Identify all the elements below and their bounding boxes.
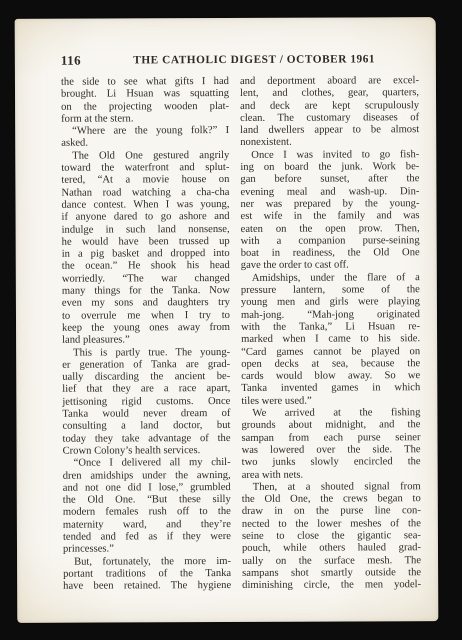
text-line: But, fortunately, the more im- <box>63 556 231 569</box>
text-line: “Card games cannot be played on <box>241 346 420 359</box>
text-line: lent, and clothes, gear, quarters, <box>240 87 419 100</box>
text-line: mah-jong. “Mah-jong originated <box>241 309 420 322</box>
text-line: and deportment aboard are excel- <box>240 75 419 88</box>
text-line: pouch, while others hauled grad- <box>242 542 421 555</box>
text-line: keep the young ones away from <box>62 322 230 335</box>
text-line: indulge in such land nonsense, <box>62 224 230 237</box>
text-line: tiles were used.” <box>241 395 420 408</box>
text-line: Crown Colony’s health services. <box>63 445 231 458</box>
text-line: We arrived at the fishing <box>241 407 420 420</box>
text-line: nonexistent. <box>240 137 419 150</box>
text-line: two junks slowly encircled the <box>242 456 421 469</box>
text-column-left: the side to see what gifts I hadbrought.… <box>61 76 231 593</box>
text-line: gan before sunset, after the <box>240 174 419 187</box>
text-line: to overrule me when I try to <box>62 310 230 323</box>
text-line: marked when I came to his side. <box>241 333 420 346</box>
page-number: 116 <box>61 53 81 69</box>
text-line: Once I was invited to go fish- <box>240 149 419 162</box>
text-line: lief that they are a race apart, <box>62 383 230 396</box>
text-line: tended and fed as if they were <box>63 531 231 544</box>
text-line: Then, at a shouted signal from <box>242 481 421 494</box>
text-line: asked. <box>61 137 229 150</box>
text-line: seine to close the gigantic sea- <box>242 530 421 543</box>
text-line: if anyone dared to go ashore and <box>62 211 230 224</box>
text-line: clean. The customary diseases of <box>240 112 419 125</box>
text-line: Tanka would never dream of <box>62 408 230 421</box>
text-line: boat in readiness, the Old One <box>241 247 420 260</box>
text-line: and deck are kept scrupulously <box>240 100 419 113</box>
text-line: land dwellers appear to be almost <box>240 124 419 137</box>
text-line: ner was prepared by the young- <box>240 198 419 211</box>
text-line: est wife in the family and was <box>241 210 420 223</box>
text-line: dance contest. When I was young, <box>61 199 229 212</box>
text-line: young men and girls were playing <box>241 296 420 309</box>
text-line: form at the stern. <box>61 113 229 126</box>
text-line: princesses.” <box>63 543 231 556</box>
text-line: evening meal and wash-up. Din- <box>240 186 419 199</box>
text-line: gave the order to cast off. <box>241 260 420 273</box>
text-line: The Old One gestured angrily <box>61 150 229 163</box>
text-line: sampans shot smartly outside the <box>242 567 421 580</box>
text-line: many things for the Tanka. Now <box>62 285 230 298</box>
text-line: have been retained. The hygiene <box>63 580 231 593</box>
text-line: in a pig basket and dropped into <box>62 248 230 261</box>
magazine-page: 116 THE CATHOLIC DIGEST / OCTOBER 1961 t… <box>15 17 439 623</box>
text-line: ually discarding the ancient be- <box>62 371 230 384</box>
text-line: modern females rush off to the <box>63 506 231 519</box>
text-line: he would have been trussed up <box>62 236 230 249</box>
text-line: ually on the surface mesh. The <box>242 555 421 568</box>
text-line: brought. Li Hsuan was squatting <box>61 88 229 101</box>
text-line: “Where are the young folk?” I <box>61 125 229 138</box>
text-line: eaten on the open prow. Then, <box>241 223 420 236</box>
text-column-right: and deportment aboard are excel-lent, an… <box>240 75 421 592</box>
text-line: the ocean.” He shook his head <box>62 260 230 273</box>
text-line: land pleasures.” <box>62 334 230 347</box>
text-line: area with nets. <box>242 469 421 482</box>
text-line: the Old One, the crews began to <box>242 493 421 506</box>
text-line: ing on board the junk. Work be- <box>240 161 419 174</box>
text-line: diminishing circle, the men yodel- <box>242 579 421 592</box>
text-line: open decks at sea, because the <box>241 358 420 371</box>
text-line: sampan from each purse seiner <box>241 432 420 445</box>
text-line: worriedly. “The war changed <box>62 273 230 286</box>
text-line: “Once I delivered all my chil- <box>63 457 231 470</box>
text-line: today they take advantage of the <box>62 433 230 446</box>
text-line: and not one did I lose,” grumbled <box>63 482 231 495</box>
text-line: maternity ward, and they’re <box>63 519 231 532</box>
text-line: jettisoning rigid customs. Once <box>62 396 230 409</box>
text-line: er generation of Tanka are grad- <box>62 359 230 372</box>
text-line: consulting a land doctor, but <box>62 420 230 433</box>
text-line: Amidships, under the flare of a <box>241 272 420 285</box>
text-line: cards would blow away. So we <box>241 370 420 383</box>
page-header: 116 THE CATHOLIC DIGEST / OCTOBER 1961 <box>61 51 419 70</box>
text-line: with a companion purse-seining <box>241 235 420 248</box>
text-line: pressure lantern, some of the <box>241 284 420 297</box>
text-line: Tanka invented games in which <box>241 383 420 396</box>
text-line: portant traditions of the Tanka <box>63 568 231 581</box>
scan-background: 116 THE CATHOLIC DIGEST / OCTOBER 1961 t… <box>0 0 462 640</box>
text-line: dren amidships under the awning, <box>63 469 231 482</box>
text-line: Nathan road watching a cha-cha <box>61 187 229 200</box>
text-line: with the Tanka,” Li Hsuan re- <box>241 321 420 334</box>
text-line: toward the waterfront and splut- <box>61 162 229 175</box>
running-head: THE CATHOLIC DIGEST / OCTOBER 1961 <box>133 53 375 66</box>
text-columns: the side to see what gifts I hadbrought.… <box>61 75 421 593</box>
text-line: on the projecting wooden plat- <box>61 101 229 114</box>
page-content: 116 THE CATHOLIC DIGEST / OCTOBER 1961 t… <box>61 51 421 593</box>
text-line: grounds about midnight, and the <box>241 419 420 432</box>
text-line: This is partly true. The young- <box>62 347 230 360</box>
text-line: the side to see what gifts I had <box>61 76 229 89</box>
text-line: draw in on the purse line con- <box>242 506 421 519</box>
text-line: nected to the lower meshes of the <box>242 518 421 531</box>
text-line: was lowered over the side. The <box>242 444 421 457</box>
text-line: even my sons and daughters try <box>62 297 230 310</box>
text-line: the Old One. “But these silly <box>63 494 231 507</box>
text-line: tered, “At a movie house on <box>61 174 229 187</box>
